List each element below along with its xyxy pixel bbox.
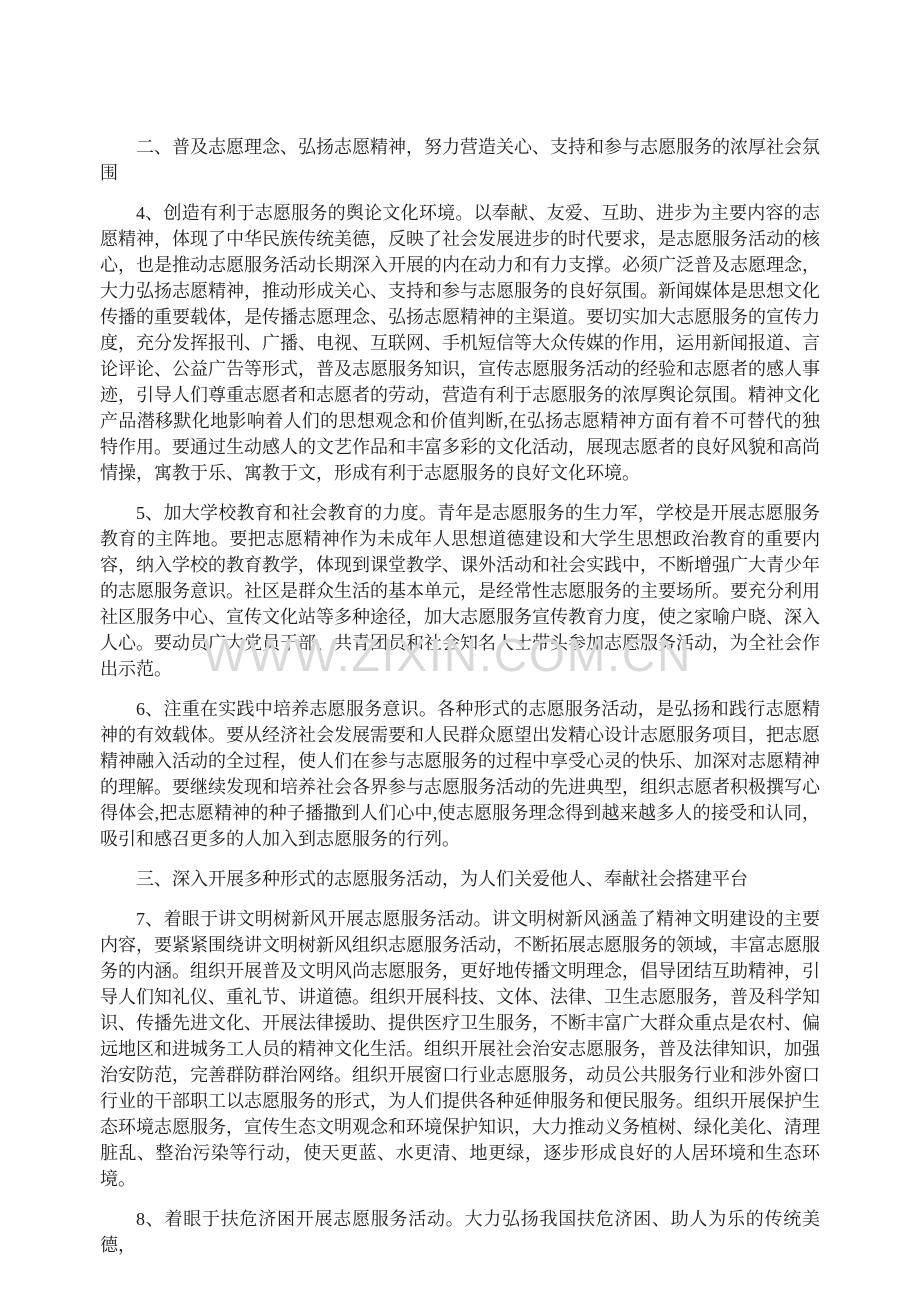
section-heading-2: 二、普及志愿理念、弘扬志愿精神，努力营造关心、支持和参与志愿服务的浓厚社会氛围 (100, 134, 820, 186)
paragraph-4: 4、创造有利于志愿服务的舆论文化环境。以奉献、友爱、互助、进步为主要内容的志愿精… (100, 200, 820, 486)
paragraph-5: 5、加大学校教育和社会教育的力度。青年是志愿服务的生力军，学校是开展志愿服务教育… (100, 500, 820, 682)
document-page: 二、普及志愿理念、弘扬志愿精神，努力营造关心、支持和参与志愿服务的浓厚社会氛围 … (0, 0, 920, 1302)
paragraph-6: 6、注重在实践中培养志愿服务意识。各种形式的志愿服务活动，是弘扬和践行志愿精神的… (100, 696, 820, 852)
paragraph-7: 7、着眼于讲文明树新风开展志愿服务活动。讲文明树新风涵盖了精神文明建设的主要内容… (100, 906, 820, 1192)
section-heading-3: 三、深入开展多种形式的志愿服务活动，为人们关爱他人、奉献社会搭建平台 (100, 866, 820, 892)
paragraph-8: 8、着眼于扶危济困开展志愿服务活动。大力弘扬我国扶危济困、助人为乐的传统美德， (100, 1206, 820, 1258)
